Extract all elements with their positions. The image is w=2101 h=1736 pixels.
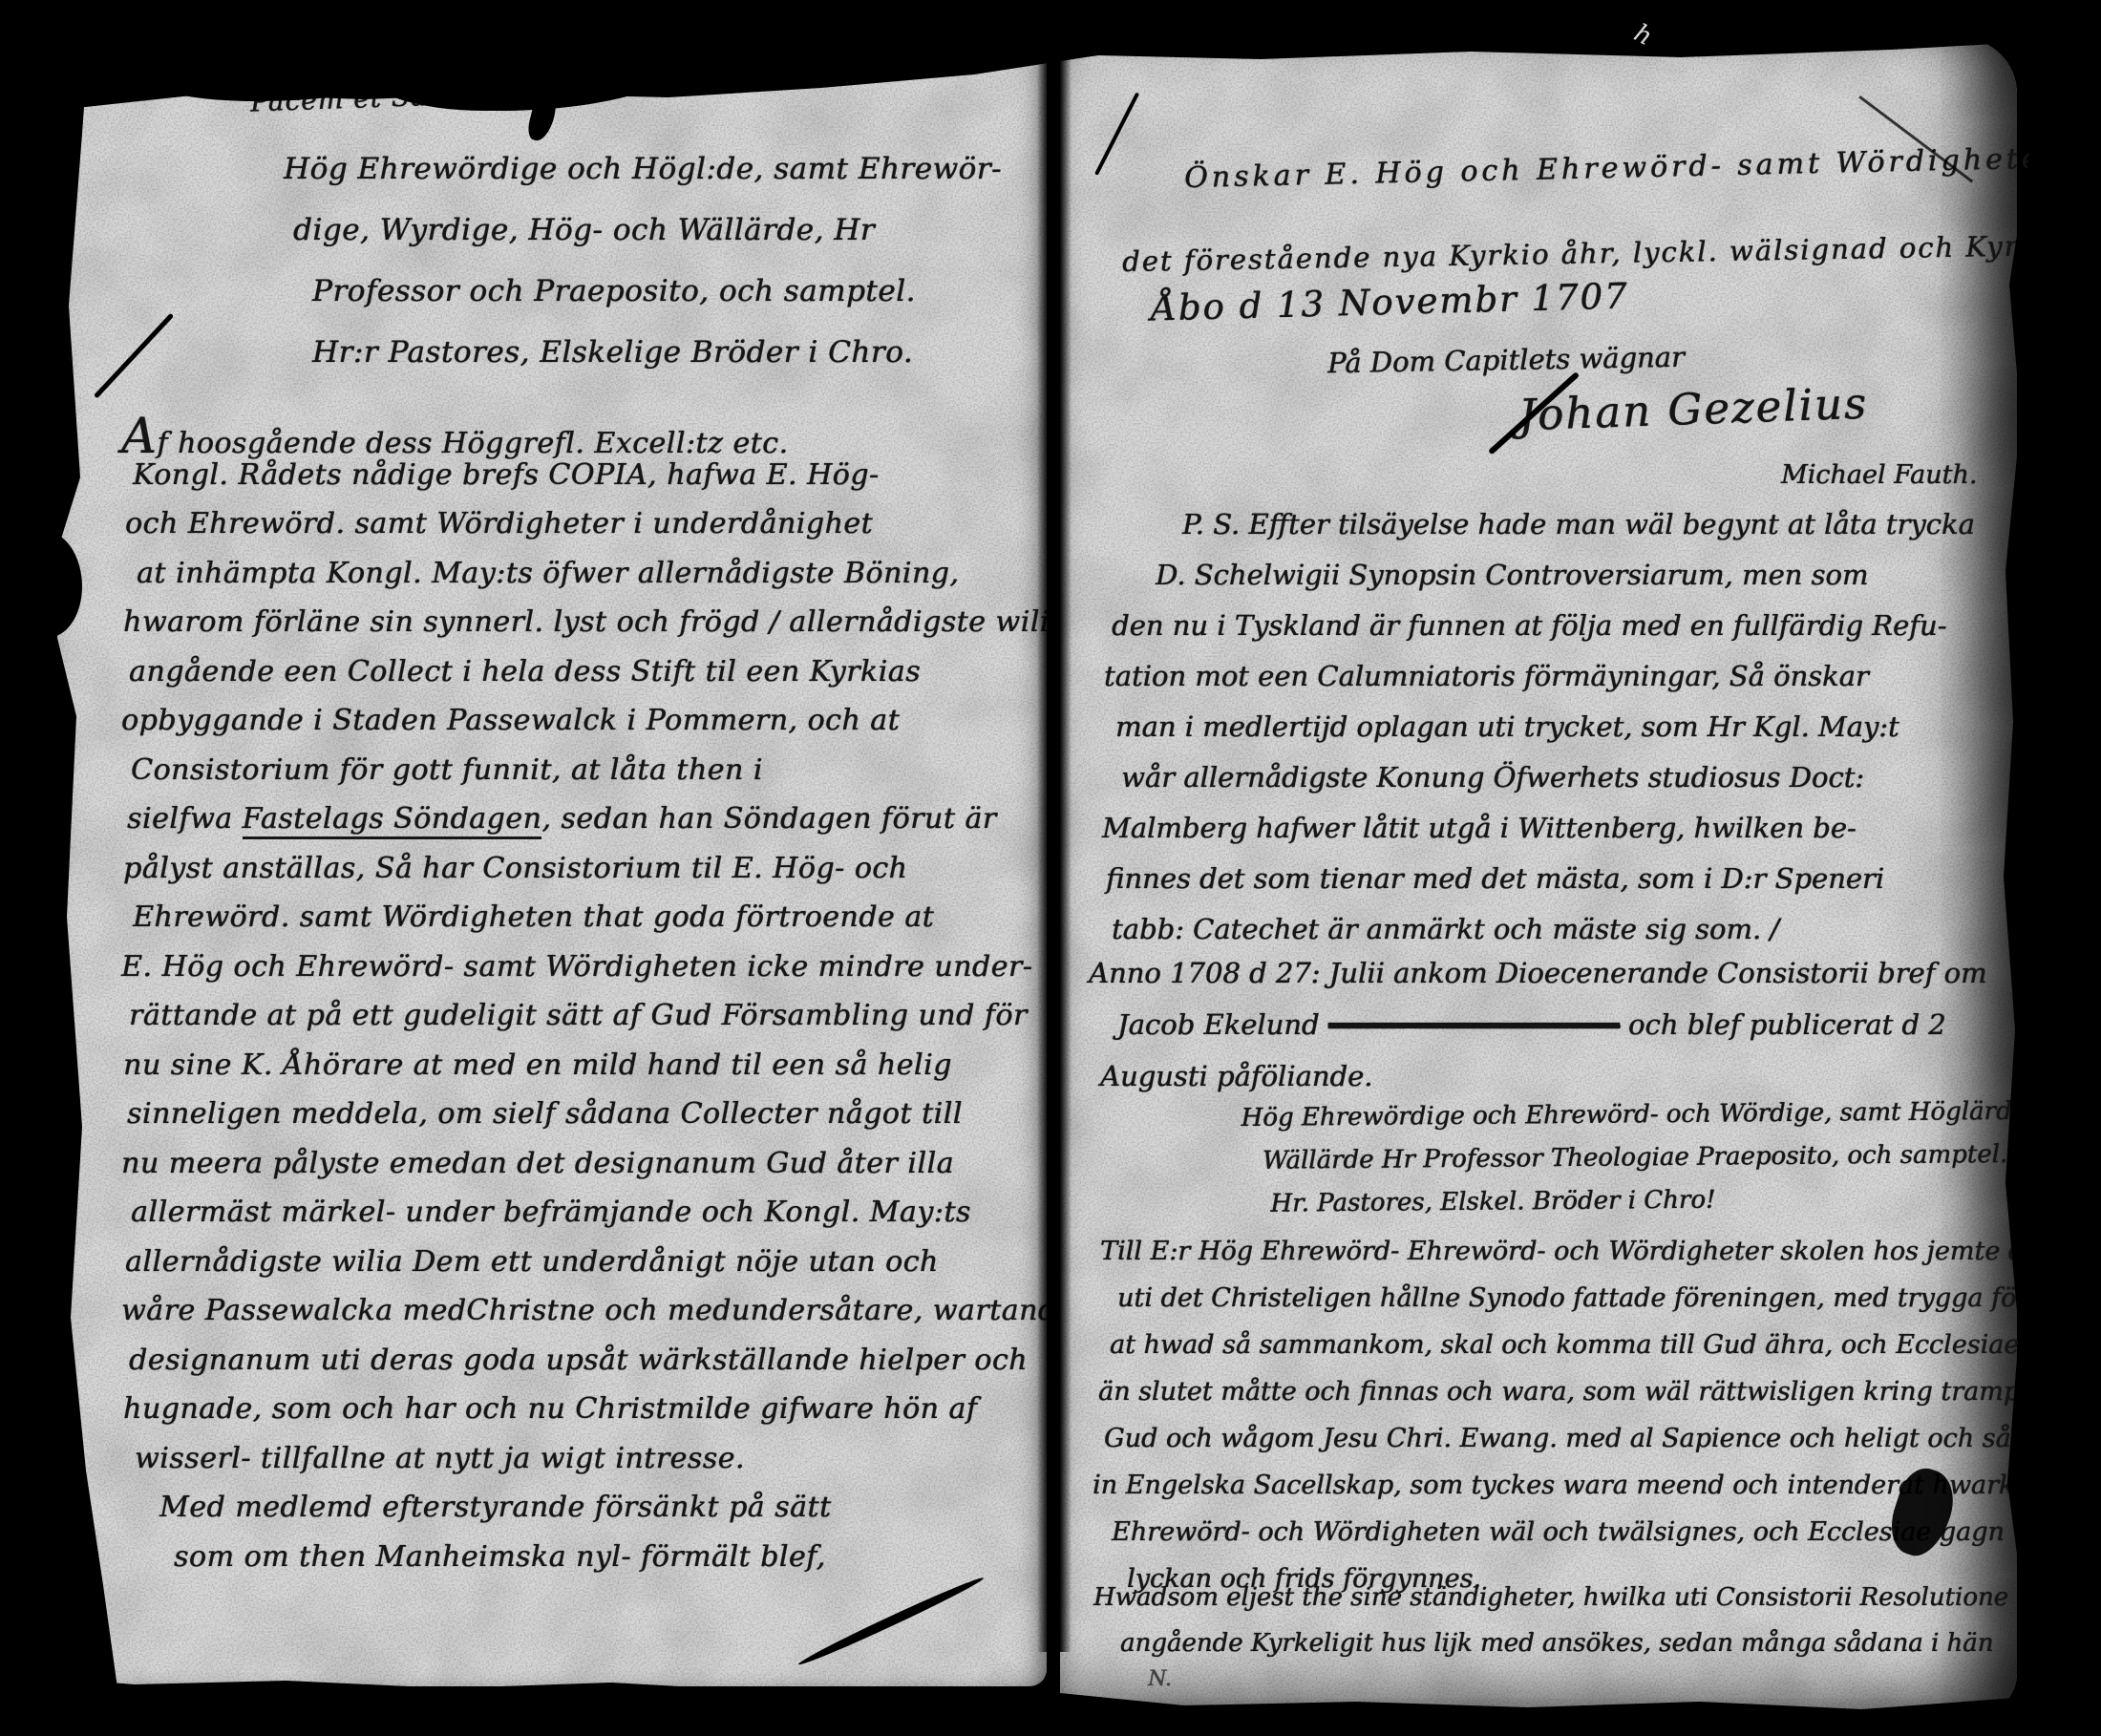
closing-block: Hwadsom eljest the sine ständigheter, hw… xyxy=(1093,1583,2008,1675)
line-segment: Jacob Ekelund xyxy=(1117,1008,1328,1041)
line-segment: sielfwa xyxy=(127,802,243,836)
manuscript-line: designanum uti deras goda upsåt wärkstäl… xyxy=(129,1344,1074,1393)
manuscript-line: opbyggande i Staden Passewalck i Pommern… xyxy=(121,704,1074,753)
manuscript-line-struck: Jacob Ekelund ——— ———————— och blef publ… xyxy=(1117,1008,1987,1060)
manuscript-line: wisserl- tillfallne at nytt ja wigt intr… xyxy=(135,1442,1074,1492)
address-line: Professor och Praeposito, och samptel. xyxy=(312,274,1002,335)
manuscript-line: pålyst anställas, Så har Consistorium ti… xyxy=(123,852,1074,901)
manuscript-line: Ehrewörd. samt Wördigheten that goda för… xyxy=(133,900,1074,950)
manuscript-line: Af hoosgående dess Höggrefl. Excell:tz e… xyxy=(121,409,1074,458)
manuscript-line: angående Kyrkeligit hus lijk med ansökes… xyxy=(1120,1629,2008,1675)
manuscript-line: Hwadsom eljest the sine ständigheter, hw… xyxy=(1093,1583,2008,1629)
manuscript-line-underlined: sielfwa Fastelags Söndagen, sedan han Sö… xyxy=(127,802,1074,852)
manuscript-line: Till E:r Hög Ehrewörd- Ehrewörd- och Wör… xyxy=(1100,1237,2101,1283)
microfilm-manuscript-scan: Pacem et Salutem a Deo. Hög Ehrewördige … xyxy=(0,0,2101,1736)
manuscript-line: E. Hög och Ehrewörd- samt Wördigheten ic… xyxy=(121,950,1074,1000)
manuscript-line: nu sine K. Åhörare at med en mild hand t… xyxy=(123,1048,1074,1098)
left-address-block: Hög Ehrewördige och Högl:de, samt Ehrewö… xyxy=(284,152,1002,396)
manuscript-line: uti det Christeligen hållne Synodo fatta… xyxy=(1117,1283,2101,1330)
manuscript-line: hugnade, som och har och nu Christmilde … xyxy=(123,1392,1074,1442)
anno-1708-block: Anno 1708 d 27: Julii ankom Dioecenerand… xyxy=(1089,957,1987,1111)
manuscript-line: tation mot een Calumniatoris förmäyninga… xyxy=(1104,660,1975,710)
secretary-signature: Michael Fauth. xyxy=(1781,460,1977,490)
manuscript-line: finnes det som tienar med det mästa, som… xyxy=(1106,862,1975,913)
right-body-block: Till E:r Hög Ehrewörd- Ehrewörd- och Wör… xyxy=(1089,1237,2101,1611)
manuscript-line: angående een Collect i hela dess Stift t… xyxy=(129,655,1074,705)
address-line: Wällärde Hr Professor Theologiae Praepos… xyxy=(1263,1139,2101,1190)
manuscript-line: Kongl. Rådets nådige brefs COPIA, hafwa … xyxy=(133,458,1074,508)
binding-gutter-shadow xyxy=(1037,23,1072,1652)
manuscript-line: och Ehrewörd. samt Wördigheter i underdå… xyxy=(125,507,1074,557)
manuscript-line: som om then Manheimska nyl- förmält blef… xyxy=(174,1540,1074,1590)
right-line-2: det förestående nya Kyrkio åhr, lyckl. w… xyxy=(1122,228,2101,278)
address-line: Hög Ehrewördige och Högl:de, samt Ehrewö… xyxy=(284,152,1002,213)
margin-note: N. xyxy=(1148,1667,1172,1691)
manuscript-line: at inhämpta Kongl. May:ts öfwer allernåd… xyxy=(137,557,1074,606)
manuscript-line: allernådigste wilia Dem ett underdånigt … xyxy=(125,1245,1074,1295)
left-body-block: Af hoosgående dess Höggrefl. Excell:tz e… xyxy=(121,409,1074,1589)
dateline: Åbo d 13 Novembr 1707 xyxy=(1151,275,1630,328)
address-line: Hög Ehrewördige och Ehrewörd- och Wördig… xyxy=(1241,1096,2101,1147)
manuscript-line: än slutet måtte och finnas och wara, som… xyxy=(1098,1377,2101,1424)
manuscript-line: at hwad så sammankom, skal och komma til… xyxy=(1110,1330,2101,1377)
manuscript-line: den nu i Tyskland är funnen at följa med… xyxy=(1112,609,1975,660)
manuscript-line: Malmberg hafwer låtit utgå i Wittenberg,… xyxy=(1102,812,1975,862)
manuscript-line: hwarom förläne sin synnerl. lyst och frö… xyxy=(123,605,1074,655)
manuscript-line: P. S. Effter tilsäyelse hade man wäl beg… xyxy=(1182,508,1975,559)
right-page: Önskar E. Hög och Ehrewörd- samt Wördigh… xyxy=(1060,38,2017,1715)
postscript-block: P. S. Effter tilsäyelse hade man wäl beg… xyxy=(1098,508,1975,963)
manuscript-line: man i medlertijd oplagan uti trycket, so… xyxy=(1115,710,1975,761)
manuscript-line: nu meera pålyste emedan det designanum G… xyxy=(121,1147,1074,1196)
manuscript-line: Gud och wågom Jesu Chri. Ewang. med al S… xyxy=(1104,1424,2101,1471)
manuscript-line: Consistorium för gott funnit, at låta th… xyxy=(131,753,1074,803)
manuscript-line: sinneligen meddela, om sielf sådana Coll… xyxy=(127,1097,1074,1147)
manuscript-line: Ehrewörd- och Wördigheten wäl och twälsi… xyxy=(1112,1517,2101,1564)
address-line: dige, Wyrdige, Hög- och Wällärde, Hr xyxy=(293,213,1002,274)
right-address-block: Hög Ehrewördige och Ehrewörd- och Wördig… xyxy=(1202,1096,2101,1234)
address-line: Hr. Pastores, Elskel. Bröder i Chro! xyxy=(1270,1182,2101,1233)
manuscript-line: Anno 1708 d 27: Julii ankom Dioecenerand… xyxy=(1089,957,1987,1008)
manuscript-line: rättande at på ett gudeligit sätt af Gud… xyxy=(129,999,1074,1048)
right-line-1: Önskar E. Hög och Ehrewörd- samt Wördigh… xyxy=(1184,140,2101,195)
manuscript-line: Med medlemd efterstyrande försänkt på sä… xyxy=(159,1491,1074,1540)
address-line: Hr:r Pastores, Elskelige Bröder i Chro. xyxy=(312,335,1002,396)
edge-blot xyxy=(21,879,65,945)
on-behalf-line: På Dom Capitlets wägnar xyxy=(1327,341,1685,380)
line-segment: , sedan han Söndagen förut är xyxy=(541,802,996,836)
manuscript-line: wår allernådigste Konung Öfwerhets studi… xyxy=(1121,761,1975,812)
manuscript-line: wåre Passewalcka medChristne och medunde… xyxy=(121,1294,1074,1344)
manuscript-line: D. Schelwigii Synopsin Controversiarum, … xyxy=(1156,559,1975,609)
left-page: Pacem et Salutem a Deo. Hög Ehrewördige … xyxy=(50,25,1047,1686)
obliterated-words: ——— ———————— xyxy=(1328,1008,1620,1041)
edge-blot xyxy=(10,531,82,638)
black-right-border xyxy=(1998,0,2101,1736)
underlined-phrase: Fastelags Söndagen xyxy=(243,802,542,839)
line-segment: och blef publicerat d 2 xyxy=(1620,1008,1946,1041)
signature: Johan Gezelius xyxy=(1517,378,1869,441)
manuscript-line: allermäst märkel- under befrämjande och … xyxy=(131,1196,1074,1245)
